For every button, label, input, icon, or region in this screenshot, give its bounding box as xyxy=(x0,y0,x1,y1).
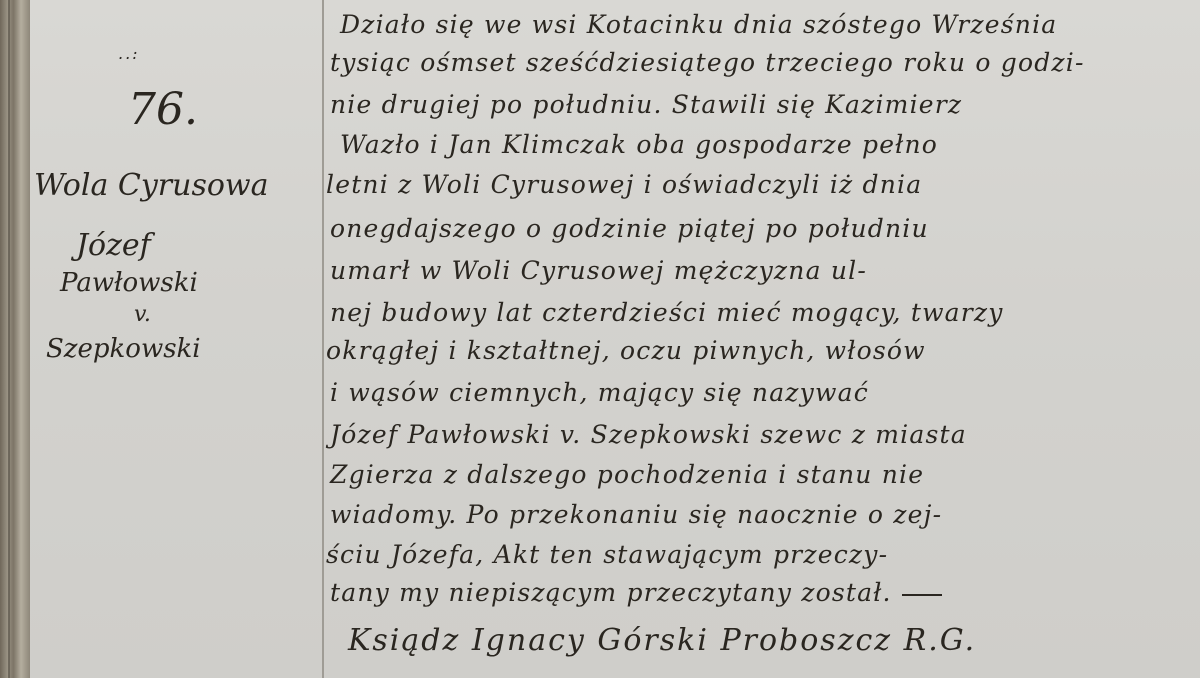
record-line: nie drugiej po południu. Stawili się Kaz… xyxy=(330,90,962,120)
priest-signature: Ksiądz Ignacy Górski Proboszcz R.G. xyxy=(348,626,976,656)
record-line: tysiąc ośmset sześćdziesiątego trzeciego… xyxy=(330,48,1085,78)
record-line: umarł w Woli Cyrusowej mężczyzna ul- xyxy=(330,256,867,286)
margin-alias-marker: v. xyxy=(134,302,151,327)
margin-surname: Pawłowski xyxy=(60,268,198,298)
record-line: wiadomy. Po przekonaniu się naocznie o z… xyxy=(330,500,942,530)
record-line: ściu Józefa, Akt ten stawającym przeczy- xyxy=(326,540,888,570)
record-line: letni z Woli Cyrusowej i oświadczyli iż … xyxy=(326,170,922,200)
margin-column: ..: 76. Wola Cyrusowa Józef Pawłowski v.… xyxy=(30,0,320,678)
document-page: ..: 76. Wola Cyrusowa Józef Pawłowski v.… xyxy=(0,0,1200,678)
record-line: i wąsów ciemnych, mający się nazywać xyxy=(330,378,869,408)
record-line-text: tany my niepiszącym przeczytany został. xyxy=(330,578,892,607)
margin-village: Wola Cyrusowa xyxy=(34,168,268,203)
record-line: nej budowy lat czterdzieści mieć mogący,… xyxy=(330,298,1004,328)
record-line: Józef Pawłowski v. Szepkowski szewc z mi… xyxy=(330,420,967,450)
margin-forename: Józef xyxy=(76,228,151,263)
margin-alias-surname: Szepkowski xyxy=(46,334,201,364)
closing-dash xyxy=(902,594,942,596)
record-body: Działo się we wsi Kotacinku dnia szósteg… xyxy=(296,0,1200,678)
entry-number: 76. xyxy=(128,84,198,135)
record-line: onegdajszego o godzinie piątej po połudn… xyxy=(330,214,929,244)
record-line: Działo się we wsi Kotacinku dnia szósteg… xyxy=(340,10,1057,40)
book-spine xyxy=(0,0,30,678)
record-line: okrągłej i kształtnej, oczu piwnych, wło… xyxy=(326,336,926,366)
record-line: Wazło i Jan Klimczak oba gospodarze pełn… xyxy=(340,130,938,160)
record-line-final: tany my niepiszącym przeczytany został. xyxy=(330,578,942,608)
spine-edge-line xyxy=(8,0,10,678)
margin-mark: ..: xyxy=(118,44,140,63)
record-line: Zgierza z dalszego pochodzenia i stanu n… xyxy=(330,460,924,490)
